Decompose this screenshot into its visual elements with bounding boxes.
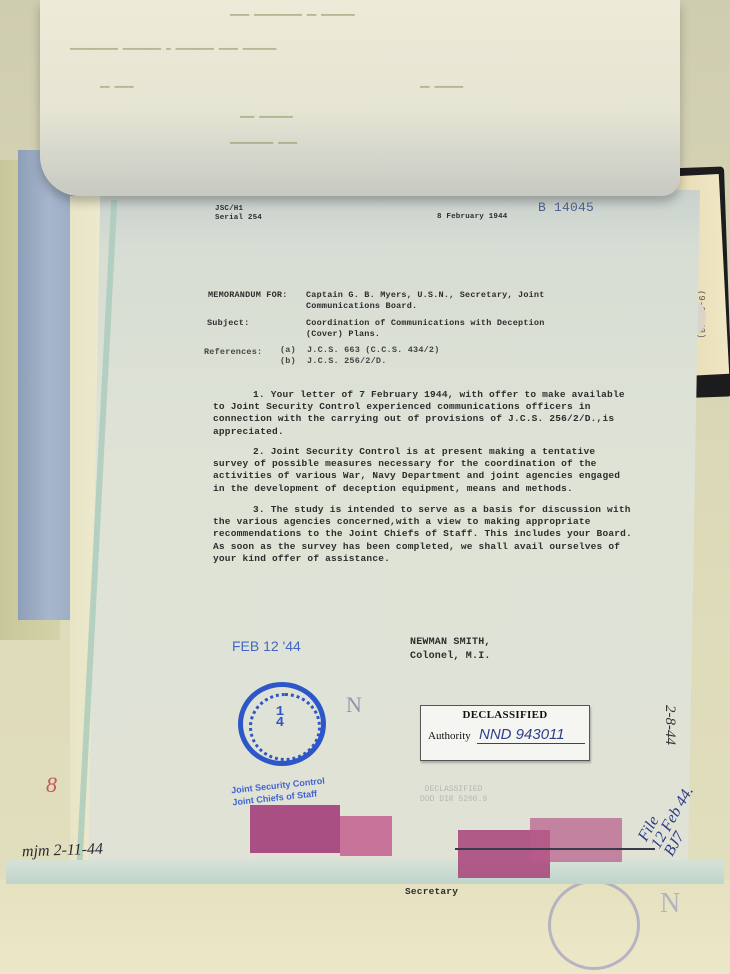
memo-ref: JSC/H1Serial 254 [215, 205, 262, 223]
round-stamp-center: 1 4 [270, 707, 290, 741]
reference-b-key: (b) [280, 356, 296, 366]
references-label: References: [204, 347, 262, 357]
reference-b-value: J.C.S. 256/2/D. [307, 356, 387, 366]
memo-date: 8 February 1944 [437, 213, 508, 221]
pen-stroke [455, 848, 655, 850]
signature-block: NEWMAN SMITH,Colonel, M.I. [410, 636, 491, 664]
declassified-label: DECLASSIFIED Authority NND 943011 [420, 705, 590, 761]
purple-redaction-block [250, 805, 340, 853]
authority-label: Authority [428, 730, 471, 742]
handwritten-initials-date: mjm 2-11-44 [22, 841, 104, 862]
memorandum-for-label: MEMORANDUM FOR: [208, 290, 288, 300]
signature-name: NEWMAN SMITH, [410, 637, 491, 648]
faded-round-stamp-icon [548, 880, 640, 970]
handwritten-page-mark: 8 [46, 772, 57, 798]
faded-declassified-stamp: DECLASSIFIED DOD DIR 5200.9 [420, 785, 487, 805]
memo-serial: Serial 254 [215, 214, 262, 222]
paragraph-2: 2. Joint Security Control is at present … [213, 446, 633, 495]
memo-bottom-strip [6, 860, 724, 884]
reference-a-value: J.C.S. 663 (C.C.S. 434/2) [307, 345, 440, 355]
subject-label: Subject: [207, 318, 249, 328]
signature-title: Colonel, M.I. [410, 651, 491, 662]
memorandum-for-value: Captain G. B. Myers, U.S.N., Secretary, … [306, 290, 545, 312]
paragraph-1: 1. Your letter of 7 February 1944, with … [213, 389, 633, 438]
authority-value: NND 943011 [477, 726, 585, 744]
flipped-page: ▬▬▬▬▬▬▬ ▬▬ ▬▬▬▬▬▬▬▬▬▬ ▬▬▬▬ ▬▬▬▬▬▬▬ ▬▬▬▬ … [40, 0, 680, 196]
handwritten-vertical-date: 2-8-44 [661, 705, 678, 745]
subject-value: Coordination of Communications with Dece… [306, 318, 545, 340]
received-date-stamp: FEB 12 '44 [232, 638, 301, 654]
reference-a-key: (a) [280, 345, 296, 355]
underlying-sheet-text: Secretary [405, 886, 458, 897]
memo-ref-line1: JSC/H1 [215, 205, 243, 213]
purple-redaction-block [340, 816, 392, 856]
paragraph-3: 3. The study is intended to serve as a b… [213, 504, 633, 565]
purple-redaction-block [530, 818, 622, 862]
control-number: B 14045 [538, 200, 594, 215]
faded-stamp-letter: N [660, 888, 680, 920]
declassified-title: DECLASSIFIED [421, 709, 589, 721]
stamp-letter-n: N [346, 692, 362, 718]
